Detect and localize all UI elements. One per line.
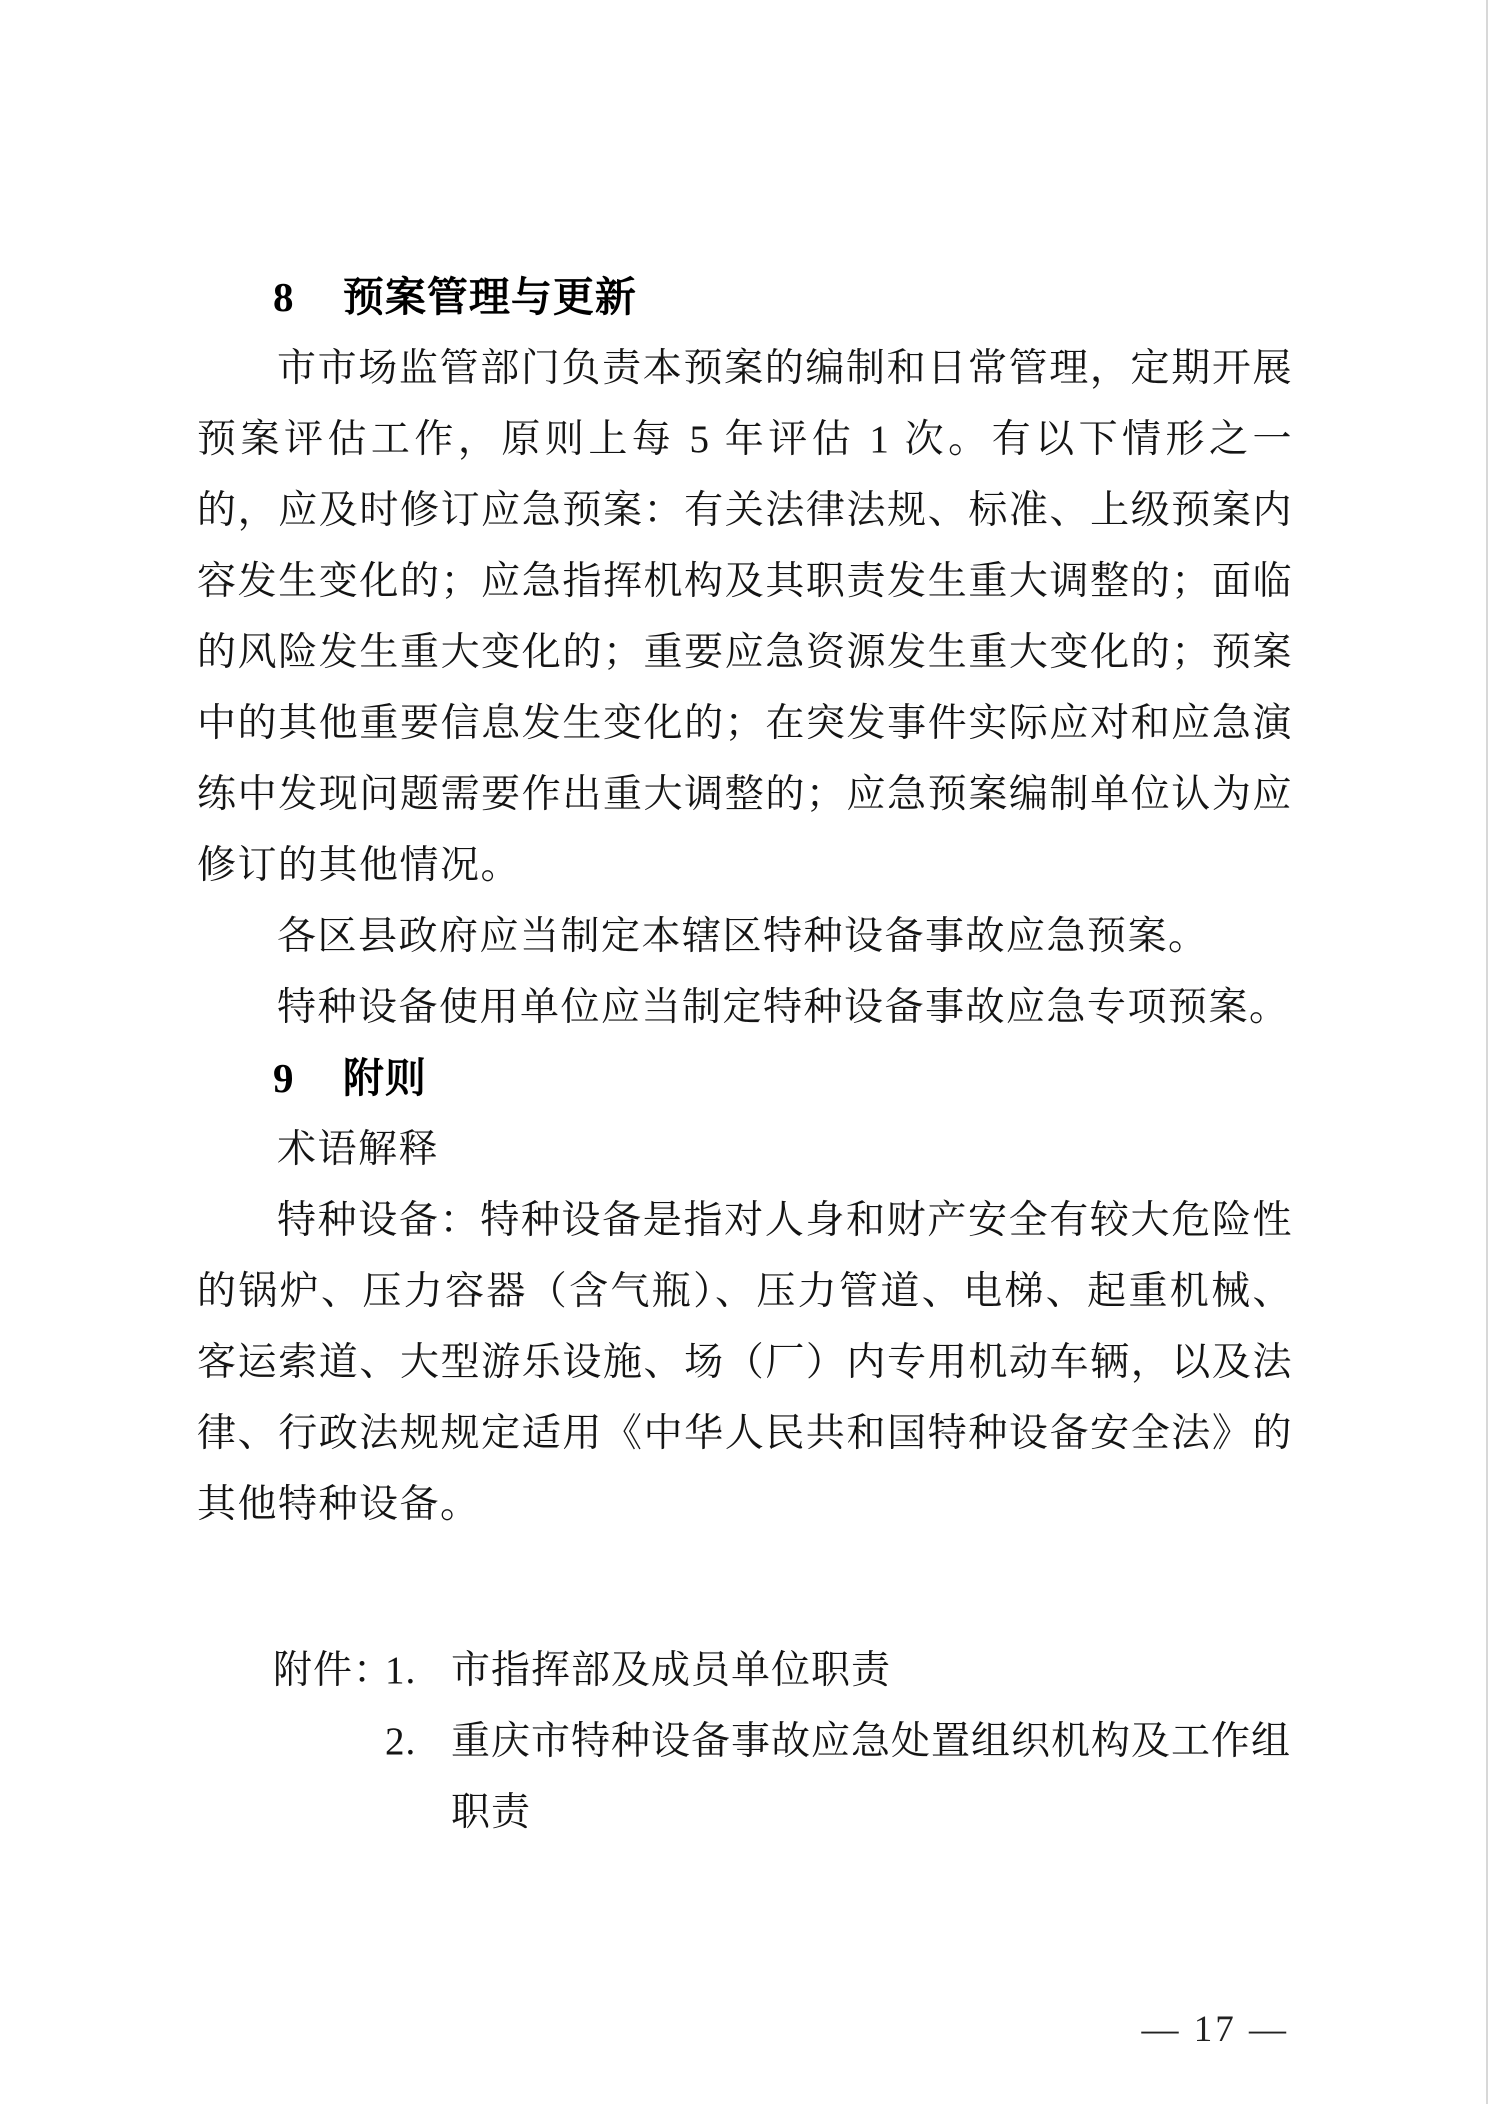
document-content: 8 预案管理与更新 市市场监管部门负责本预案的编制和日常管理，定期开展预案评估工… xyxy=(197,262,1293,2052)
section-8-heading: 8 预案管理与更新 xyxy=(273,262,1293,333)
section-8-paragraph-district-plans: 各区县政府应当制定本辖区特种设备事故应急预案。 xyxy=(197,901,1293,972)
attachments-label: 附件： xyxy=(273,1635,385,1706)
attachment-item-2: 2. 重庆市特种设备事故应急处置组织机构及工作组职责 xyxy=(385,1706,1293,1848)
terminology-definition: 特种设备：特种设备是指对人身和财产安全有较大危险性的锅炉、压力容器（含气瓶）、压… xyxy=(197,1185,1293,1540)
attachment-item-2-number: 2. xyxy=(385,1706,451,1777)
section-8-paragraph-management: 市市场监管部门负责本预案的编制和日常管理，定期开展预案评估工作，原则上每 5 年… xyxy=(197,333,1293,901)
terminology-heading: 术语解释 xyxy=(197,1114,1293,1185)
section-8-number: 8 xyxy=(273,274,295,320)
section-9-number: 9 xyxy=(273,1055,295,1101)
section-8-title: 预案管理与更新 xyxy=(343,274,637,320)
document-page: 8 预案管理与更新 市市场监管部门负责本预案的编制和日常管理，定期开展预案评估工… xyxy=(0,0,1488,2104)
attachments-list: 1. 市指挥部及成员单位职责 2. 重庆市特种设备事故应急处置组织机构及工作组职… xyxy=(385,1635,1293,1848)
attachments-block: 附件： 1. 市指挥部及成员单位职责 2. 重庆市特种设备事故应急处置组织机构及… xyxy=(273,1635,1293,1848)
page-number: — 17 — xyxy=(197,2008,1293,2052)
attachment-item-1-number: 1. xyxy=(385,1635,451,1706)
attachment-item-1: 1. 市指挥部及成员单位职责 xyxy=(385,1635,1293,1706)
section-9-heading: 9 附则 xyxy=(273,1043,1293,1114)
section-8-paragraph-user-unit-plans: 特种设备使用单位应当制定特种设备事故应急专项预案。 xyxy=(197,972,1293,1043)
attachment-item-1-text: 市指挥部及成员单位职责 xyxy=(451,1635,1293,1706)
section-9-title: 附则 xyxy=(343,1055,427,1101)
attachments-row: 附件： 1. 市指挥部及成员单位职责 2. 重庆市特种设备事故应急处置组织机构及… xyxy=(273,1635,1293,1848)
attachment-item-2-text: 重庆市特种设备事故应急处置组织机构及工作组职责 xyxy=(451,1706,1293,1848)
